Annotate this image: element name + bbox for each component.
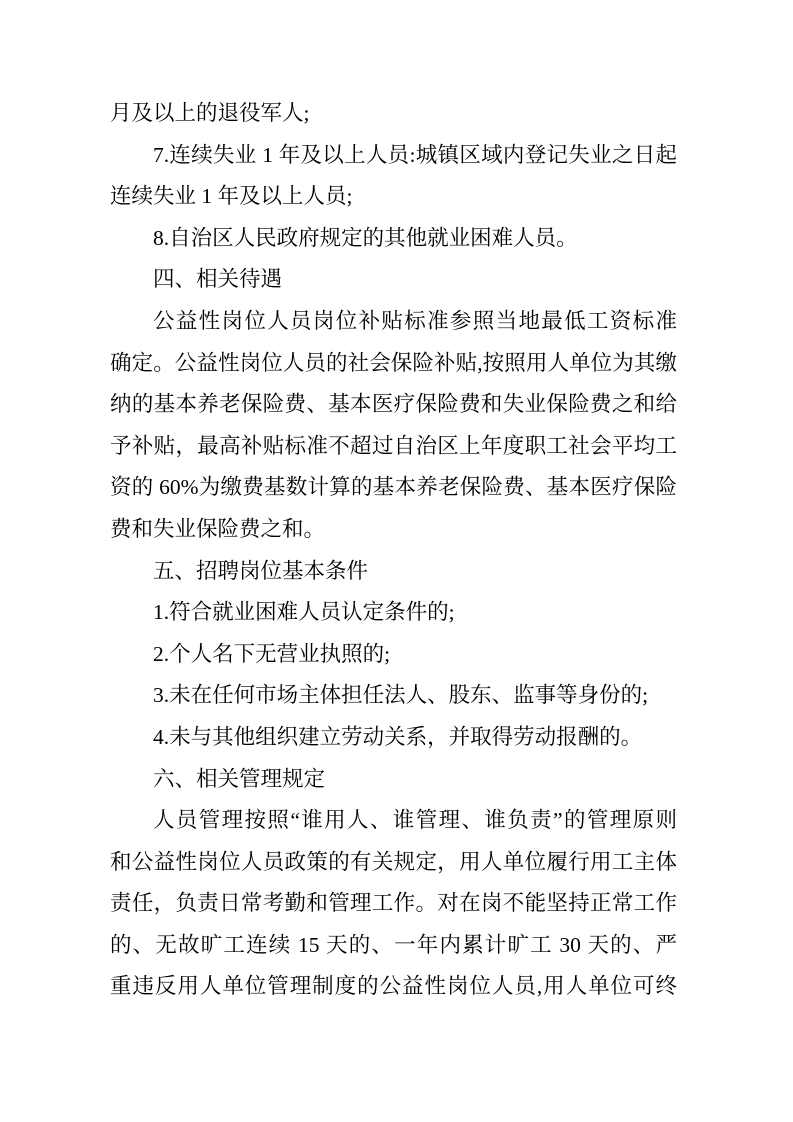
text-line: 1.符合就业困难人员认定条件的;	[110, 592, 677, 634]
text-line: 费和失业保险费之和。	[110, 509, 677, 551]
text-line: 2.个人名下无营业执照的;	[110, 634, 677, 676]
text-line: 7.连续失业 1 年及以上人员:城镇区域内登记失业之日起	[110, 135, 677, 177]
text-line: 确定。公益性岗位人员的社会保险补贴,按照用人单位为其缴	[110, 343, 677, 385]
document-body: 月及以上的退役军人;7.连续失业 1 年及以上人员:城镇区域内登记失业之日起连续…	[110, 93, 677, 1008]
text-line: 8.自治区人民政府规定的其他就业困难人员。	[110, 218, 677, 260]
text-line: 的、无故旷工连续 15 天的、一年内累计旷工 30 天的、严	[110, 925, 677, 967]
text-line: 月及以上的退役军人;	[110, 93, 677, 135]
document-page: 月及以上的退役军人;7.连续失业 1 年及以上人员:城镇区域内登记失业之日起连续…	[0, 0, 793, 1122]
text-line: 4.未与其他组织建立劳动关系，并取得劳动报酬的。	[110, 717, 677, 759]
text-line: 五、招聘岗位基本条件	[110, 551, 677, 593]
text-line: 和公益性岗位人员政策的有关规定，用人单位履行用工主体	[110, 842, 677, 884]
text-line: 予补贴，最高补贴标准不超过自治区上年度职工社会平均工	[110, 426, 677, 468]
text-line: 连续失业 1 年及以上人员;	[110, 176, 677, 218]
text-line: 公益性岗位人员岗位补贴标准参照当地最低工资标准	[110, 301, 677, 343]
text-line: 纳的基本养老保险费、基本医疗保险费和失业保险费之和给	[110, 384, 677, 426]
text-line: 重违反用人单位管理制度的公益性岗位人员,用人单位可终	[110, 966, 677, 1008]
text-line: 六、相关管理规定	[110, 759, 677, 801]
text-line: 3.未在任何市场主体担任法人、股东、监事等身份的;	[110, 675, 677, 717]
text-line: 资的 60%为缴费基数计算的基本养老保险费、基本医疗保险	[110, 467, 677, 509]
text-line: 人员管理按照“谁用人、谁管理、谁负责”的管理原则	[110, 800, 677, 842]
text-line: 四、相关待遇	[110, 259, 677, 301]
text-line: 责任，负责日常考勤和管理工作。对在岗不能坚持正常工作	[110, 883, 677, 925]
